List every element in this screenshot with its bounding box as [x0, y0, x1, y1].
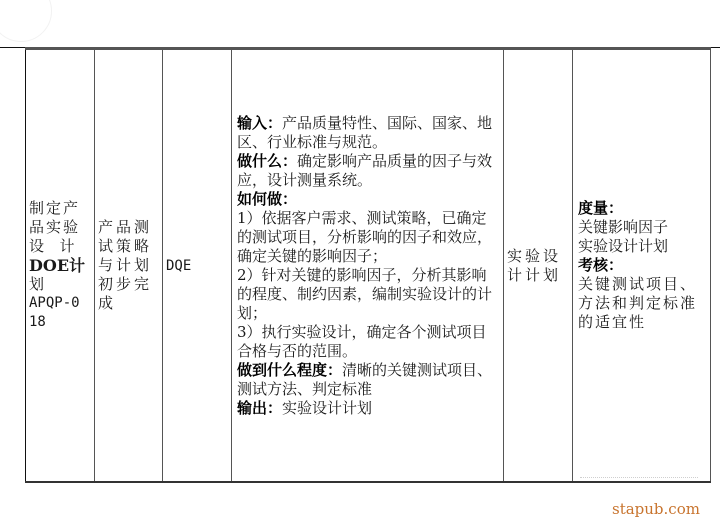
phase-line: 初步完 — [98, 275, 159, 294]
step-item: 2）针对关键的影响因子，分析其影响的程度、制约因素，编制实验设计的计划； — [237, 266, 500, 323]
input-paragraph: 输入：产品质量特性、国际、国家、地区、行业标准与规范。 — [237, 114, 500, 152]
faint-watermark-strip — [580, 477, 698, 482]
output-label: 输出： — [237, 399, 282, 417]
extent-paragraph: 做到什么程度：清晰的关键测试项目、测试方法、判定标准 — [237, 361, 500, 399]
faint-decoration — [0, 0, 52, 42]
extent-label: 做到什么程度： — [237, 361, 342, 379]
phase-line: 与计划 — [98, 256, 159, 275]
assess-text: 关键测试项目、方法和判定标准的适宜性 — [578, 275, 707, 332]
activity-code: APQP-0 — [29, 294, 91, 313]
table-row: 制定产 品实验 设 计 DOE计 划 APQP-0 18 产品测 试策略 与计划… — [26, 49, 711, 483]
activity-line: 品实验 — [29, 218, 91, 237]
owner-text: DQE — [166, 258, 191, 274]
phase-line: 试策略 — [98, 237, 159, 256]
activity-line: 划 — [29, 275, 91, 294]
measure-item: 实验设计计划 — [578, 237, 707, 256]
what-paragraph: 做什么：确定影响产品质量的因子与效应，设计测量系统。 — [237, 152, 500, 190]
phase-line: 产品测 — [98, 218, 159, 237]
owner-cell: DQE — [163, 49, 232, 483]
output-paragraph: 输出：实验设计计划 — [237, 399, 500, 418]
activity-line: 设 计 — [29, 237, 91, 256]
phase-cell: 产品测 试策略 与计划 初步完 成 — [95, 49, 163, 483]
activity-line: 制定产 — [29, 199, 91, 218]
measure-label: 度量： — [578, 199, 707, 218]
deliverable-text: 实验设计计划 — [507, 247, 561, 284]
activity-line: DOE计 — [29, 256, 91, 275]
input-label: 输入： — [237, 114, 282, 132]
step-item: 3）执行实验设计，确定各个测试项目合格与否的范围。 — [237, 323, 500, 361]
metrics-cell: 度量： 关键影响因子 实验设计计划 考核： 关键测试项目、方法和判定标准的适宜性 — [573, 49, 711, 483]
description-cell: 输入：产品质量特性、国际、国家、地区、行业标准与规范。 做什么：确定影响产品质量… — [232, 49, 504, 483]
assess-label: 考核： — [578, 256, 707, 275]
activity-cell: 制定产 品实验 设 计 DOE计 划 APQP-0 18 — [26, 49, 95, 483]
step-item: 1）依据客户需求、测试策略，已确定的测试项目，分析影响的因子和效应，确定关键的影… — [237, 209, 500, 266]
output-text: 实验设计计划 — [282, 399, 372, 417]
site-watermark: stapub.com — [612, 500, 700, 518]
how-label: 如何做： — [237, 190, 500, 209]
deliverable-cell: 实验设计计划 — [504, 49, 573, 483]
activity-code: 18 — [29, 313, 91, 332]
phase-line: 成 — [98, 294, 159, 313]
what-label: 做什么： — [237, 152, 297, 170]
measure-item: 关键影响因子 — [578, 218, 707, 237]
table-top-rule-left — [0, 47, 26, 48]
process-table: 制定产 品实验 设 计 DOE计 划 APQP-0 18 产品测 试策略 与计划… — [25, 47, 711, 483]
